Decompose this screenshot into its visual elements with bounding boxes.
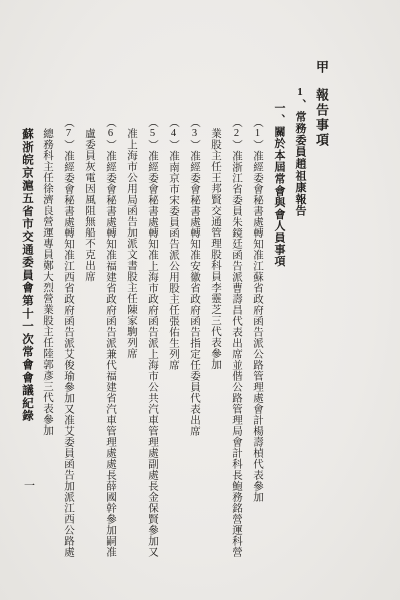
report-item-4: （4）准南京市宋委員函告派公用股主任張佑生列席	[163, 60, 184, 560]
section-title: 報告事項	[314, 88, 329, 148]
report-heading: 1、常務委員趙祖康報告	[289, 60, 310, 560]
report-item-6: （6）准經委會秘書處轉知准福建省政府函告派兼代福建省汽車管理處處長薛國幹參加嗣准…	[79, 60, 121, 560]
page-number: 一	[24, 477, 36, 493]
report-item-7: （7）准經委會秘書處轉知准江西省政府函告派艾俊瑜參加又准艾委員函告加派江西公路處…	[37, 60, 79, 560]
report-item-5: （5）准經委會秘書處轉知准上海市政府函告派上海市公共汽車管理處副處長金保賢參加又…	[121, 60, 163, 560]
report-item-3: （3）准經委會秘書處轉知准安徽省政府函告指定任委員代表出席	[184, 60, 205, 560]
report-item-2: （2）准浙江省委員朱鏡廷函告派曹壽昌代表出席並偕公路管理局會計科長鮑務銘營運科營…	[205, 60, 247, 560]
vertical-text-block: 甲報告事項 1、常務委員趙祖康報告 一、關於本屆常會與會人員事項 （1）准經委會…	[16, 60, 332, 560]
report-item-1: （1）准經委會秘書處轉知准江蘇省政府函告派公路管理處會計楊壽楨代表參加	[247, 60, 268, 560]
document-page: 甲報告事項 1、常務委員趙祖康報告 一、關於本屆常會與會人員事項 （1）准經委會…	[0, 0, 400, 600]
section-heading: 甲報告事項	[310, 60, 332, 560]
section-label: 甲	[314, 60, 329, 75]
meeting-subheading: 一、關於本屆常會與會人員事項	[268, 60, 289, 560]
